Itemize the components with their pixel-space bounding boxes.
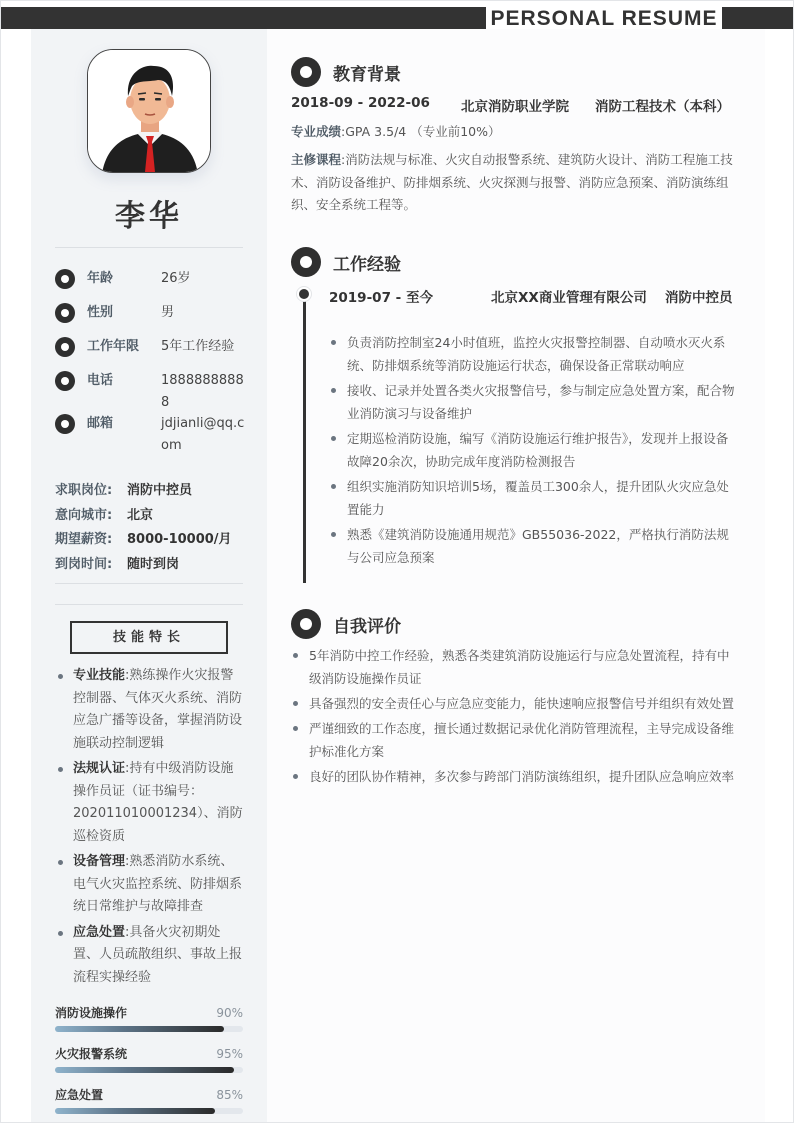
intent-label: 到岗时间: (55, 553, 127, 578)
skill-bar-label: 火灾报警系统 (55, 1046, 127, 1062)
info-value: 18888888888 (161, 370, 245, 414)
main-content: 教育背景 2018-09 - 2022-06 北京消防职业学院 消防工程技术（本… (267, 29, 765, 1123)
job-date: 2019-07 - 至今 (329, 286, 491, 306)
skill-item: 法规认证:持有中级消防设施操作员证（证书编号：202011010001234）、… (55, 758, 245, 848)
header-bar-left (0, 7, 486, 29)
education-date: 2018-09 - 2022-06 (291, 95, 461, 115)
skill-bar: 消防设施操作90% (55, 1005, 243, 1032)
header-bar-right (722, 7, 794, 29)
divider (55, 604, 243, 605)
candidate-name: 李华 (31, 191, 267, 235)
section-ring-icon (291, 57, 321, 87)
ring-bullet-icon (55, 414, 75, 434)
section-title: 自我评价 (333, 612, 401, 637)
avatar-portrait-icon (88, 50, 211, 173)
section-ring-icon (291, 609, 321, 639)
self-eval-item: 具备强烈的安全责任心与应急应变能力，能快速响应报警信号并组织有效处置 (291, 692, 741, 715)
info-value: 男 (161, 302, 245, 324)
skill-label: 专业技能 (73, 668, 125, 683)
basic-info-list: 年龄 26岁 性别 男 工作年限 5年工作经验 电话 18888888888 邮… (55, 269, 255, 457)
self-eval-item: 良好的团队协作精神，多次参与跨部门消防演练组织，提升团队应急响应效率 (291, 765, 741, 788)
skill-item: 专业技能:熟练操作火灾报警控制器、气体灭火系统、消防应急广播等设备，掌握消防设施… (55, 665, 245, 755)
section-header-education: 教育背景 (291, 57, 401, 87)
info-row-phone: 电话 18888888888 (55, 371, 255, 414)
info-value: 5年工作经验 (161, 336, 245, 358)
skills-section-title: 技能特长 (70, 621, 228, 654)
info-label: 邮箱 (87, 414, 161, 434)
section-title: 工作经验 (333, 250, 401, 275)
courses-label: 主修课程 (291, 152, 341, 167)
info-label: 工作年限 (87, 337, 161, 357)
timeline-line (303, 293, 306, 583)
skill-bar-percent: 85% (216, 1087, 243, 1103)
ring-bullet-icon (55, 337, 75, 357)
info-label: 年龄 (87, 269, 161, 289)
intent-row-position: 求职岗位: 消防中控员 (55, 479, 255, 504)
intent-row-salary: 期望薪资: 8000-10000/月 (55, 528, 255, 553)
skills-list: 专业技能:熟练操作火灾报警控制器、气体灭火系统、消防应急广播等设备，掌握消防设施… (55, 665, 245, 992)
skill-bar-track (55, 1026, 243, 1032)
intent-value: 消防中控员 (127, 479, 192, 504)
gpa-label: 专业成绩 (291, 124, 341, 139)
skill-bar-track (55, 1067, 243, 1073)
info-row-age: 年龄 26岁 (55, 269, 255, 303)
self-eval-item: 严谨细致的工作态度，擅长通过数据记录优化消防管理流程，主导完成设备维护标准化方案 (291, 717, 741, 763)
intent-value: 8000-10000/月 (127, 528, 232, 553)
ring-bullet-icon (55, 371, 75, 391)
skill-item: 应急处置:具备火灾初期处置、人员疏散组织、事故上报流程实操经验 (55, 922, 245, 990)
divider (55, 583, 243, 584)
intent-label: 意向城市: (55, 504, 127, 529)
skill-bar-fill (55, 1026, 224, 1032)
job-company: 北京XX商业管理有限公司 (491, 286, 665, 306)
skill-bar-fill (55, 1067, 234, 1073)
info-label: 电话 (87, 371, 161, 391)
skill-bar-percent: 90% (216, 1005, 243, 1021)
intent-label: 期望薪资: (55, 528, 127, 553)
job-duty: 定期巡检消防设施，编写《消防设施运行维护报告》，发现并上报设备故障20余次，协助… (329, 427, 739, 473)
skill-label: 法规认证 (73, 761, 125, 776)
education-major: 消防工程技术（本科） (595, 95, 730, 115)
job-duty: 负责消防控制室24小时值班，监控火灾报警控制器、自动喷水灭火系统、防排烟系统等消… (329, 331, 739, 377)
skill-label: 设备管理 (73, 854, 125, 869)
sidebar: 李华 年龄 26岁 性别 男 工作年限 5年工作经验 电话 1888888888… (31, 29, 267, 1123)
skill-bar: 火灾报警系统95% (55, 1046, 243, 1073)
ring-bullet-icon (55, 269, 75, 289)
job-duty: 熟悉《建筑消防设施通用规范》GB55036-2022，严格执行消防法规与公司应急… (329, 523, 739, 569)
section-title: 教育背景 (333, 60, 401, 85)
job-duties-list: 负责消防控制室24小时值班，监控火灾报警控制器、自动喷水灭火系统、防排烟系统等消… (329, 331, 739, 571)
skill-label: 应急处置 (73, 925, 125, 940)
skill-bar-label: 应急处置 (55, 1087, 103, 1103)
job-intent-list: 求职岗位: 消防中控员 意向城市: 北京 期望薪资: 8000-10000/月 … (55, 479, 255, 577)
gpa-text: GPA 3.5/4 （专业前10%） (345, 124, 500, 139)
skill-bar-label: 消防设施操作 (55, 1005, 127, 1021)
skill-bar: 应急处置85% (55, 1087, 243, 1114)
education-gpa: 专业成绩:GPA 3.5/4 （专业前10%） (291, 121, 736, 144)
info-row-email: 邮箱 jdjianli@qq.com (55, 414, 255, 457)
ring-bullet-icon (55, 303, 75, 323)
skill-bar-track (55, 1108, 243, 1114)
intent-value: 随时到岗 (127, 553, 179, 578)
intent-value: 北京 (127, 504, 153, 529)
divider (55, 247, 243, 248)
timeline-dot-icon (297, 287, 311, 301)
courses-text: 消防法规与标准、火灾自动报警系统、建筑防火设计、消防工程施工技术、消防设备维护、… (291, 152, 733, 212)
info-row-gender: 性别 男 (55, 303, 255, 337)
education-row: 2018-09 - 2022-06 北京消防职业学院 消防工程技术（本科） (291, 95, 731, 115)
avatar (87, 49, 211, 173)
info-label: 性别 (87, 303, 161, 323)
self-evaluation-list: 5年消防中控工作经验，熟悉各类建筑消防设施运行与应急处置流程，持有中级消防设施操… (291, 644, 741, 790)
skill-bar-percent: 95% (216, 1046, 243, 1062)
info-value: jdjianli@qq.com (161, 413, 245, 457)
intent-label: 求职岗位: (55, 479, 127, 504)
intent-row-start-date: 到岗时间: 随时到岗 (55, 553, 255, 578)
intent-row-city: 意向城市: 北京 (55, 504, 255, 529)
section-header-self-evaluation: 自我评价 (291, 609, 401, 639)
job-position: 消防中控员 (665, 286, 733, 306)
skill-bars: 消防设施操作90% 火灾报警系统95% 应急处置85% (55, 1005, 243, 1123)
info-row-experience: 工作年限 5年工作经验 (55, 337, 255, 371)
education-courses: 主修课程:消防法规与标准、火灾自动报警系统、建筑防火设计、消防工程施工技术、消防… (291, 149, 736, 217)
job-header: 2019-07 - 至今 北京XX商业管理有限公司 消防中控员 (329, 286, 739, 306)
skill-bar-fill (55, 1108, 215, 1114)
job-duty: 组织实施消防知识培训5场，覆盖员工300余人，提升团队火灾应急处置能力 (329, 475, 739, 521)
education-school: 北京消防职业学院 (461, 95, 595, 115)
skill-item: 设备管理:熟悉消防水系统、电气火灾监控系统、防排烟系统日常维护与故障排查 (55, 851, 245, 919)
job-duty: 接收、记录并处置各类火灾报警信号，参与制定应急处置方案，配合物业消防演习与设备维… (329, 379, 739, 425)
section-header-work: 工作经验 (291, 247, 401, 277)
self-eval-item: 5年消防中控工作经验，熟悉各类建筑消防设施运行与应急处置流程，持有中级消防设施操… (291, 644, 741, 690)
info-value: 26岁 (161, 268, 245, 290)
section-ring-icon (291, 247, 321, 277)
